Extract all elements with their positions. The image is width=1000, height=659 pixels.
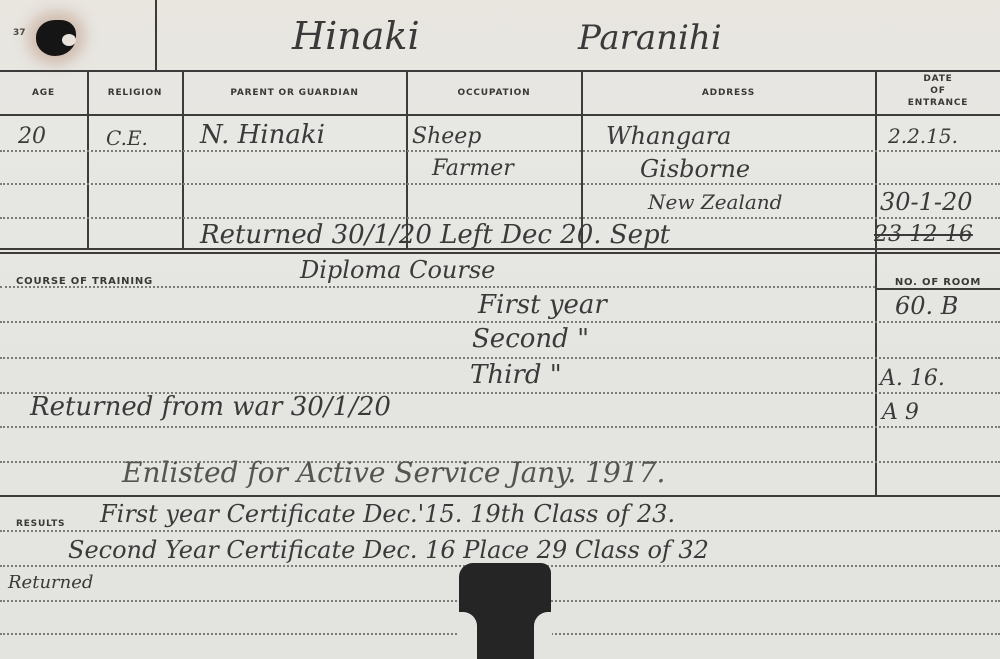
address-line-1: Whangara [606, 122, 731, 150]
tab-shoulder [459, 612, 477, 659]
occupation-line-2: Farmer [432, 156, 514, 181]
student-record-card: 37 Hinaki Paranihi AGE RELIGION PARENT O… [0, 0, 1000, 659]
header-line: DATE [876, 73, 1000, 85]
dotted-rule [0, 530, 1000, 532]
occupation-line-1: Sheep [412, 124, 481, 149]
returned-note: Returned 30/1/20 Left Dec 20. Sept [200, 220, 670, 250]
parent-value: N. Hinaki [200, 120, 325, 150]
header-occupation: OCCUPATION [407, 87, 581, 99]
course-line-2: First year [478, 290, 607, 320]
address-line-2: Gisborne [640, 155, 750, 183]
header-date-entrance: DATE OF ENTRANCE [876, 73, 1000, 109]
dotted-rule [0, 321, 1000, 323]
divider [155, 0, 157, 70]
course-line-3: Second " [472, 324, 589, 354]
dotted-rule [0, 183, 1000, 185]
room-1: 60. B [895, 292, 958, 320]
enlisted-note: Enlisted for Active Service Jany. 1917. [122, 456, 665, 489]
age-value: 20 [18, 124, 46, 149]
date-entrance-2: 30-1-20 [880, 188, 973, 216]
rule [0, 114, 1000, 116]
returned-from-war-note: Returned from war 30/1/20 [30, 392, 391, 422]
given-name: Paranihi [578, 18, 722, 58]
header-parent: PARENT OR GUARDIAN [183, 87, 406, 99]
course-line-4: Third " [470, 360, 562, 390]
dotted-rule [0, 150, 1000, 152]
dotted-rule [0, 357, 1000, 359]
rule [0, 252, 1000, 254]
religion-value: C.E. [106, 126, 148, 150]
rule [0, 70, 1000, 72]
date-entrance-1: 2.2.15. [888, 124, 958, 148]
header-age: AGE [0, 87, 87, 99]
room-3: A. 16. [880, 366, 945, 391]
surname: Hinaki [292, 14, 420, 58]
punch-hole [36, 20, 76, 56]
address-line-3: New Zealand [648, 190, 782, 214]
rule [876, 288, 1000, 290]
header-results: RESULTS [16, 518, 65, 530]
dotted-rule [0, 217, 1000, 219]
dotted-rule [0, 286, 875, 288]
result-line-1: First year Certificate Dec.'15. 19th Cla… [100, 500, 675, 528]
header-religion: RELIGION [88, 87, 182, 99]
rule [0, 495, 1000, 497]
date-entrance-3: 23-12-16 [874, 222, 973, 247]
header-line: OF [876, 85, 1000, 97]
header-address: ADDRESS [582, 87, 875, 99]
course-line-1: Diploma Course [300, 256, 495, 284]
tab-shoulder [534, 612, 552, 659]
result-line-3: Returned [8, 572, 93, 593]
result-line-2: Second Year Certificate Dec. 16 Place 29… [68, 536, 709, 564]
room-4: A 9 [882, 400, 919, 425]
header-line: ENTRANCE [876, 97, 1000, 109]
dotted-rule [0, 426, 1000, 428]
card-number: 37 [13, 28, 26, 38]
index-tab-neck [478, 620, 533, 659]
